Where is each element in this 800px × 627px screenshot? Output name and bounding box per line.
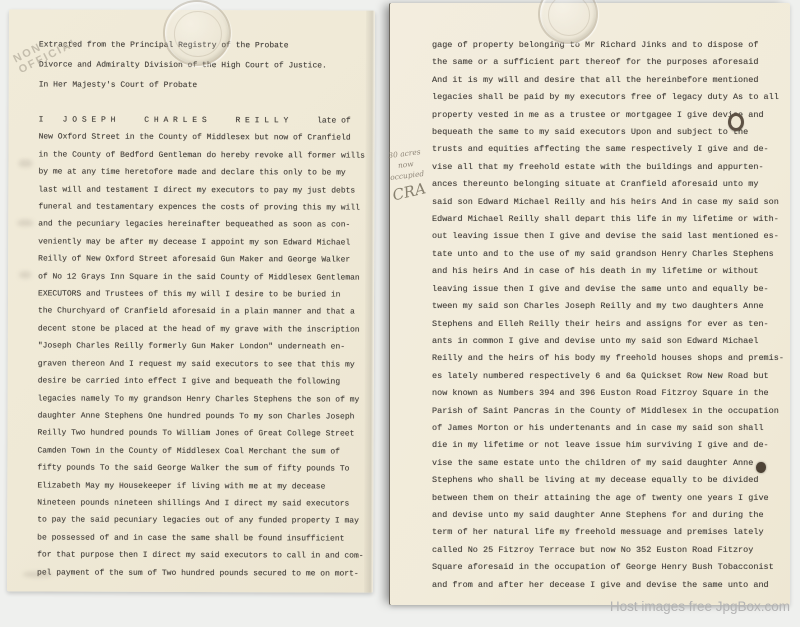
text-line: daughter Anne Stephens One hundred pound… [38,407,374,426]
text-line: gage of property belonging to Mr Richard… [432,37,790,54]
text-line: between them on their attaining the age … [432,490,790,507]
text-line: be possessed of and in case the same sha… [37,529,373,548]
text-line: Nineteen pounds nineteen shillings And I… [37,494,373,513]
ink-smudge [18,159,32,167]
document-page-left: NON OFFICIAL Extracted from the Principa… [7,9,375,592]
text-line: and devise unto my said daughter Anne St… [432,507,790,524]
text-line: term of her natural life my freehold mes… [432,524,790,541]
text-line: Reilly and the heirs of his body my free… [432,350,790,367]
text-line: veniently may be after my decease I appo… [38,233,374,252]
text-line: now known as Numbers 394 and 396 Euston … [432,385,790,402]
text-line: said son Edward Michael Reilly and his h… [432,194,790,211]
text-line: by me at any time heretofore made and de… [38,164,374,183]
text-line: of No 12 Grays Inn Square in the said Co… [38,268,374,287]
text-line: in the County of Bedford Gentleman do he… [38,146,374,165]
embossed-seal-inner-ring [174,11,222,58]
text-line: Edward Michael Reilly shall depart this … [432,211,790,228]
text-line: trusts and equities affecting the same r… [432,141,790,158]
text-line: and the pecuniary legacies hereinafter b… [38,216,374,235]
text-line: the Churchyard of Cranfield aforesaid in… [38,303,374,322]
text-line: tate unto and to the use of my said gran… [432,246,790,263]
text-line: legacies shall be paid by my executors f… [432,89,790,106]
text-line: out leaving issue then I give and devise… [432,228,790,245]
ink-smudge [17,219,33,226]
text-line: the same or a sufficient part thereof fo… [432,54,790,71]
embossed-seal-inner-ring [548,0,590,36]
text-line: leaving issue then I give and devise the… [432,281,790,298]
text-line: tween my said son Charles Joseph Reilly … [432,298,790,315]
ink-smudge [19,271,31,278]
text-line: for that purpose then I direct my said e… [37,547,373,566]
document-page-right: gage of property belonging to Mr Richard… [390,3,790,605]
text-line: And it is my will and desire that all th… [432,72,790,89]
text-line: New Oxford Street in the County of Middl… [39,129,375,148]
text-line: of James Morton or his undertenants and … [432,420,790,437]
text-line: Reilly of New Oxford Street aforesaid Gu… [38,251,374,270]
jpgbox-watermark: Host images free JpgBox.com [610,599,790,614]
text-line: decent stone be placed at the head of my… [38,320,374,339]
text-line: die in my lifetime or not leave issue hi… [432,437,790,454]
text-line: Camden Town in the County of Middlesex C… [37,442,373,461]
text-line: ances thereunto belonging situate at Cra… [432,176,790,193]
text-line: es lately numbered respectively 6 and 6a… [432,368,790,385]
text-line: and from and after her decease I give an… [432,577,790,594]
text-line: In Her Majesty's Court of Probate [39,75,375,96]
text-line: and his heirs And in case of his death i… [432,263,790,280]
text-line: funeral and testamentary expences the co… [38,198,374,217]
handwritten-margin-note: 30 acres now occupied CRA [378,145,436,204]
embossed-seal-icon [163,0,231,66]
text-line: vise all that my freehold estate with th… [432,159,790,176]
text-line: Parish of Saint Pancras in the County of… [432,403,790,420]
will-text-left-column: I J O S E P H C H A R L E S R E I L L Y … [37,111,375,582]
text-line: graven thereon And I request my said exe… [38,355,374,374]
text-line: last will and testament I direct my exec… [38,181,374,200]
text-line: Stephens and Elleh Reilly their heirs an… [432,316,790,333]
text-line: Square aforesaid in the occupation of Ge… [432,559,790,576]
text-line: ants in common I give and devise unto my… [432,333,790,350]
text-line: desire be carried into effect I give and… [38,373,374,392]
text-line: called No 25 Fitzroy Terrace but now No … [432,542,790,559]
text-line: Stephens who shall be living at my decea… [432,472,790,489]
text-line: Elizabeth May my Housekeeper if living w… [37,477,373,496]
scanned-will-document-page: { "stamp": { "text": "NON OFFICIAL" }, "… [0,0,800,627]
text-line: Reilly Two hundred pounds To William Jon… [38,425,374,444]
punch-hole [728,113,744,131]
ink-smudge [23,571,53,577]
text-line: fifty pounds To the said George Walker t… [37,460,373,479]
text-line: legacies namely To my grandson Henry Cha… [38,390,374,409]
punch-hole [756,462,766,473]
text-line: to pay the said pecuniary legacies out o… [37,512,373,531]
text-line: vise the same estate unto the children o… [432,455,790,472]
text-line: I J O S E P H C H A R L E S R E I L L Y … [39,111,375,130]
text-line: EXECUTORS and Trustees of this my will I… [38,286,374,305]
text-line: "Joseph Charles Reilly formerly Gun Make… [38,338,374,357]
text-line: pel payment of the sum of Two hundred po… [37,564,373,583]
